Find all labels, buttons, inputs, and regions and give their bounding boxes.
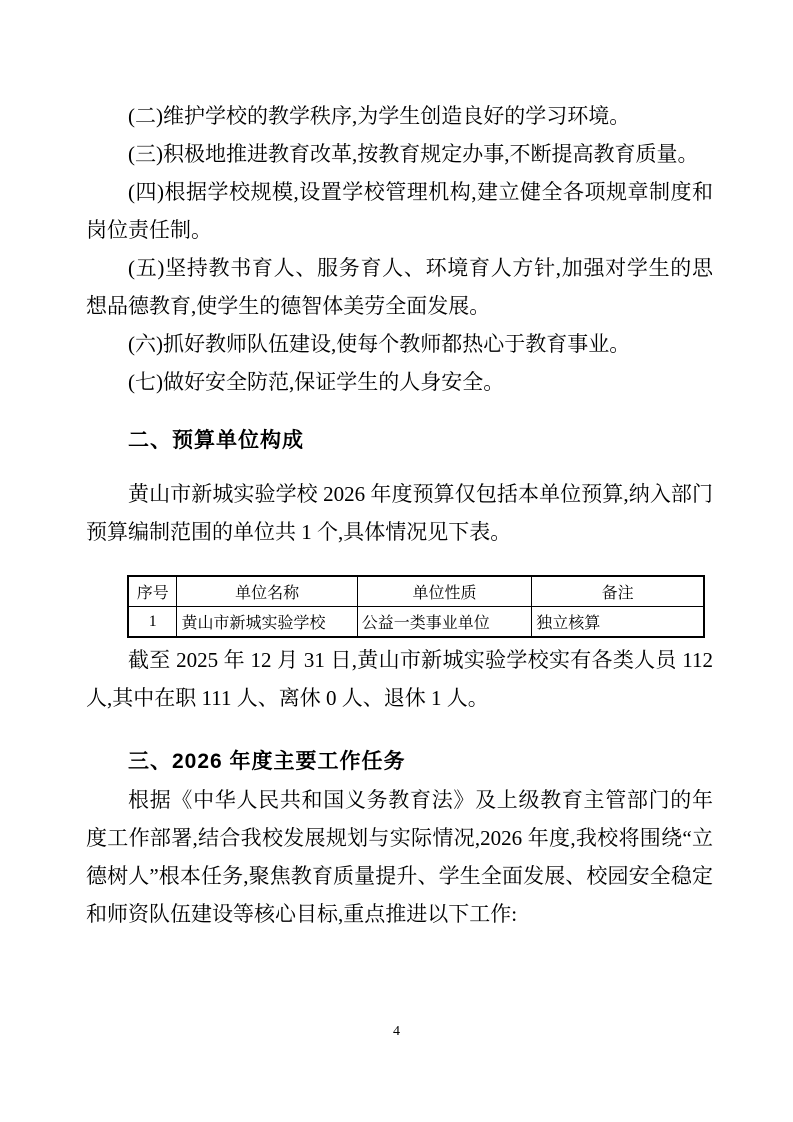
table-header-remark: 备注 xyxy=(532,576,704,607)
budget-units-table: 序号 单位名称 单位性质 备注 1 黄山市新城实验学校 公益一类事业单位 独立核… xyxy=(127,575,705,638)
section-2-note: 截至 2025 年 12 月 31 日,黄山市新城实验学校实有各类人员 112 … xyxy=(86,641,713,717)
table-row: 1 黄山市新城实验学校 公益一类事业单位 独立核算 xyxy=(128,607,704,638)
section-2-heading: 二、预算单位构成 xyxy=(86,422,713,460)
document-page: (二)维护学校的教学秩序,为学生创造良好的学习环境。 (三)积极地推进教育改革,… xyxy=(0,0,793,1122)
clause-item-6: (六)抓好教师队伍建设,使每个教师都热心于教育事业。 xyxy=(86,325,713,363)
clause-item-5: (五)坚持教书育人、服务育人、环境育人方针,加强对学生的思想品德教育,使学生的德… xyxy=(86,249,713,325)
table-cell-remark: 独立核算 xyxy=(532,607,704,638)
clause-item-4: (四)根据学校规模,设置学校管理机构,建立健全各项规章制度和岗位责任制。 xyxy=(86,173,713,249)
page-content: (二)维护学校的教学秩序,为学生创造良好的学习环境。 (三)积极地推进教育改革,… xyxy=(86,97,713,933)
clause-item-2: (二)维护学校的教学秩序,为学生创造良好的学习环境。 xyxy=(86,97,713,135)
section-3-heading: 三、2026 年度主要工作任务 xyxy=(86,743,713,781)
table-header-index: 序号 xyxy=(128,576,177,607)
table-cell-index: 1 xyxy=(128,607,177,638)
clause-item-7: (七)做好安全防范,保证学生的人身安全。 xyxy=(86,363,713,401)
table-cell-unit-name: 黄山市新城实验学校 xyxy=(177,607,357,638)
page-number: 4 xyxy=(0,1022,793,1042)
table-header-unit-type: 单位性质 xyxy=(357,576,532,607)
table-header-unit-name: 单位名称 xyxy=(177,576,357,607)
section-3-intro: 根据《中华人民共和国义务教育法》及上级教育主管部门的年度工作部署,结合我校发展规… xyxy=(86,781,713,933)
section-2-intro: 黄山市新城实验学校 2026 年度预算仅包括本单位预算,纳入部门预算编制范围的单… xyxy=(86,475,713,551)
clause-item-3: (三)积极地推进教育改革,按教育规定办事,不断提高教育质量。 xyxy=(86,135,713,173)
table-header-row: 序号 单位名称 单位性质 备注 xyxy=(128,576,704,607)
table-cell-unit-type: 公益一类事业单位 xyxy=(357,607,532,638)
